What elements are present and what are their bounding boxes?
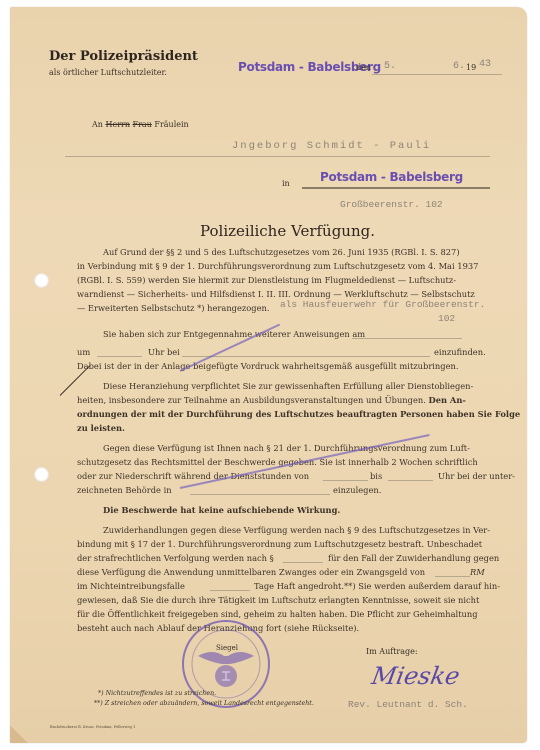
p4-line-1: Gegen diese Verfügung ist Ihnen nach § 2… [103, 441, 470, 455]
p6-line-4: diese Verfügung die Anwendung unmittelba… [77, 565, 425, 579]
p2-line-3: Dabei ist der in der Anlage beigefügte V… [77, 359, 458, 373]
p4-bis: bis [370, 469, 382, 483]
authority-subtitle: als örtlicher Luftschutzleiter. [49, 68, 167, 77]
p2-einzufinden: einzufinden. [434, 345, 486, 359]
p2-time-blank [97, 356, 142, 357]
p5-bold: Die Beschwerde hat keine aufschiebende W… [103, 503, 340, 517]
p1-line-1: Auf Grund der §§ 2 und 5 des Luftschutzg… [103, 245, 460, 259]
p2-date-blank [352, 338, 462, 339]
salutation-prefix: An [92, 120, 103, 129]
p3-line-2-text: heiten, insbesondere zur Teilnahme an Au… [77, 395, 426, 405]
printer-imprint: Buchdruckerei B. Kruse, Potsdam, Fellerw… [50, 725, 135, 729]
p4-authority-blank [190, 494, 330, 495]
p4-line-4: zeichneten Behörde in [77, 483, 172, 497]
p3-line-2: heiten, insbesondere zur Teilnahme an Au… [77, 393, 466, 407]
p3-bold-start: Den An- [429, 395, 466, 405]
date-year: 43 [479, 59, 491, 70]
authority-title: Der Polizeipräsident [49, 49, 198, 64]
p6-fall: für den Fall der Zuwiderhandlung gegen [328, 551, 499, 565]
p4-einzulegen: einzulegen. [333, 483, 381, 497]
handwritten-signature: Mieske [370, 662, 462, 690]
p3-bold-line-2: zu leisten. [77, 421, 125, 435]
p2-um: um [77, 345, 90, 359]
p1-line-5: — Erweiterten Selbstschutz *) herangezog… [77, 301, 269, 315]
salutation: Fräulein [154, 120, 188, 129]
p6-section-blank [283, 562, 323, 563]
date-month: 6. [453, 61, 465, 72]
p1-line-3: (RGBl. I. S. 559) werden Sie hiermit zur… [77, 273, 456, 287]
salutation-struck-1: Herrn [105, 120, 130, 129]
in-label: in [282, 179, 290, 188]
recipient-street: Großbeerenstr. 102 [340, 199, 443, 210]
city-stamp: Potsdam - Babelsberg [320, 170, 463, 184]
p6-fine-blank [435, 576, 470, 577]
p3-bold-line-1: ordnungen der mit der Durchführung des L… [77, 407, 520, 421]
punch-hole-top [34, 273, 49, 288]
document-page: Der Polizeipräsident als örtlicher Lufts… [10, 7, 527, 743]
p4-line-3: oder zur Niederschrift während der Diens… [77, 469, 309, 483]
footnote-2: **) Z streichen oder abzuändern, soweit … [94, 700, 314, 707]
city-line [302, 187, 490, 189]
p6-line-5: im Nichteintreibungsfalle [77, 579, 185, 593]
p1-typed-insertion: als Hausfeuerwehr für Großbeerenstr. [280, 299, 485, 310]
salutation-struck-2: Frau [133, 120, 152, 129]
recipient-name-line [65, 156, 490, 157]
p2-uhr-bei: Uhr bei [148, 345, 180, 359]
p2-place-blank [182, 356, 430, 357]
p3-line-1: Diese Heranziehung verpflichtet Sie zur … [103, 379, 473, 393]
p6-line-2: bindung mit § 17 der 1. Durchführungsver… [77, 537, 482, 551]
p6-line-7: für die Öffentlichkeit freigegeben sind,… [77, 607, 478, 621]
seal-label: Siegel [216, 644, 238, 652]
p1-typed-insertion-2: 102 [438, 313, 455, 324]
p6-rm: RM [470, 565, 485, 579]
p6-line-6: gewiesen, daß Sie die durch ihre Tätigke… [77, 593, 479, 607]
p2-line-1: Sie haben sich zur Entgegennahme weitere… [103, 327, 365, 341]
date-line [372, 74, 502, 75]
footnote-1: *) Nichtzutreffendes ist zu streichen. [98, 690, 216, 697]
p4-from-blank [323, 480, 368, 481]
p4-to-blank [388, 480, 433, 481]
margin-pencil-mark [60, 365, 90, 395]
document-title: Polizeiliche Verfügung. [200, 222, 375, 240]
date-prefix: den [356, 63, 371, 72]
p1-line-2: in Verbindung mit § 9 der 1. Durchführun… [77, 259, 478, 273]
date-year-prefix: 19 [466, 63, 476, 72]
salutation-line: An Herrn Frau Fräulein [92, 120, 189, 129]
signature-label: Im Auftrage: [366, 647, 418, 656]
punch-hole-bottom [34, 467, 49, 482]
date-day: 5. [384, 61, 396, 72]
p4-uhr: Uhr bei der unter- [438, 469, 515, 483]
p6-line-3: der strafrechtlichen Verfolgung werden n… [77, 551, 274, 565]
recipient-name: Jngeborg Schmidt - Pauli [232, 140, 431, 152]
p6-tage: Tage Haft angedroht.**) Sie werden außer… [254, 579, 500, 593]
p6-days-blank [210, 590, 250, 591]
typed-signatory: Rev. Leutnant d. Sch. [348, 699, 468, 710]
p6-line-1: Zuwiderhandlungen gegen diese Verfügung … [103, 523, 490, 537]
